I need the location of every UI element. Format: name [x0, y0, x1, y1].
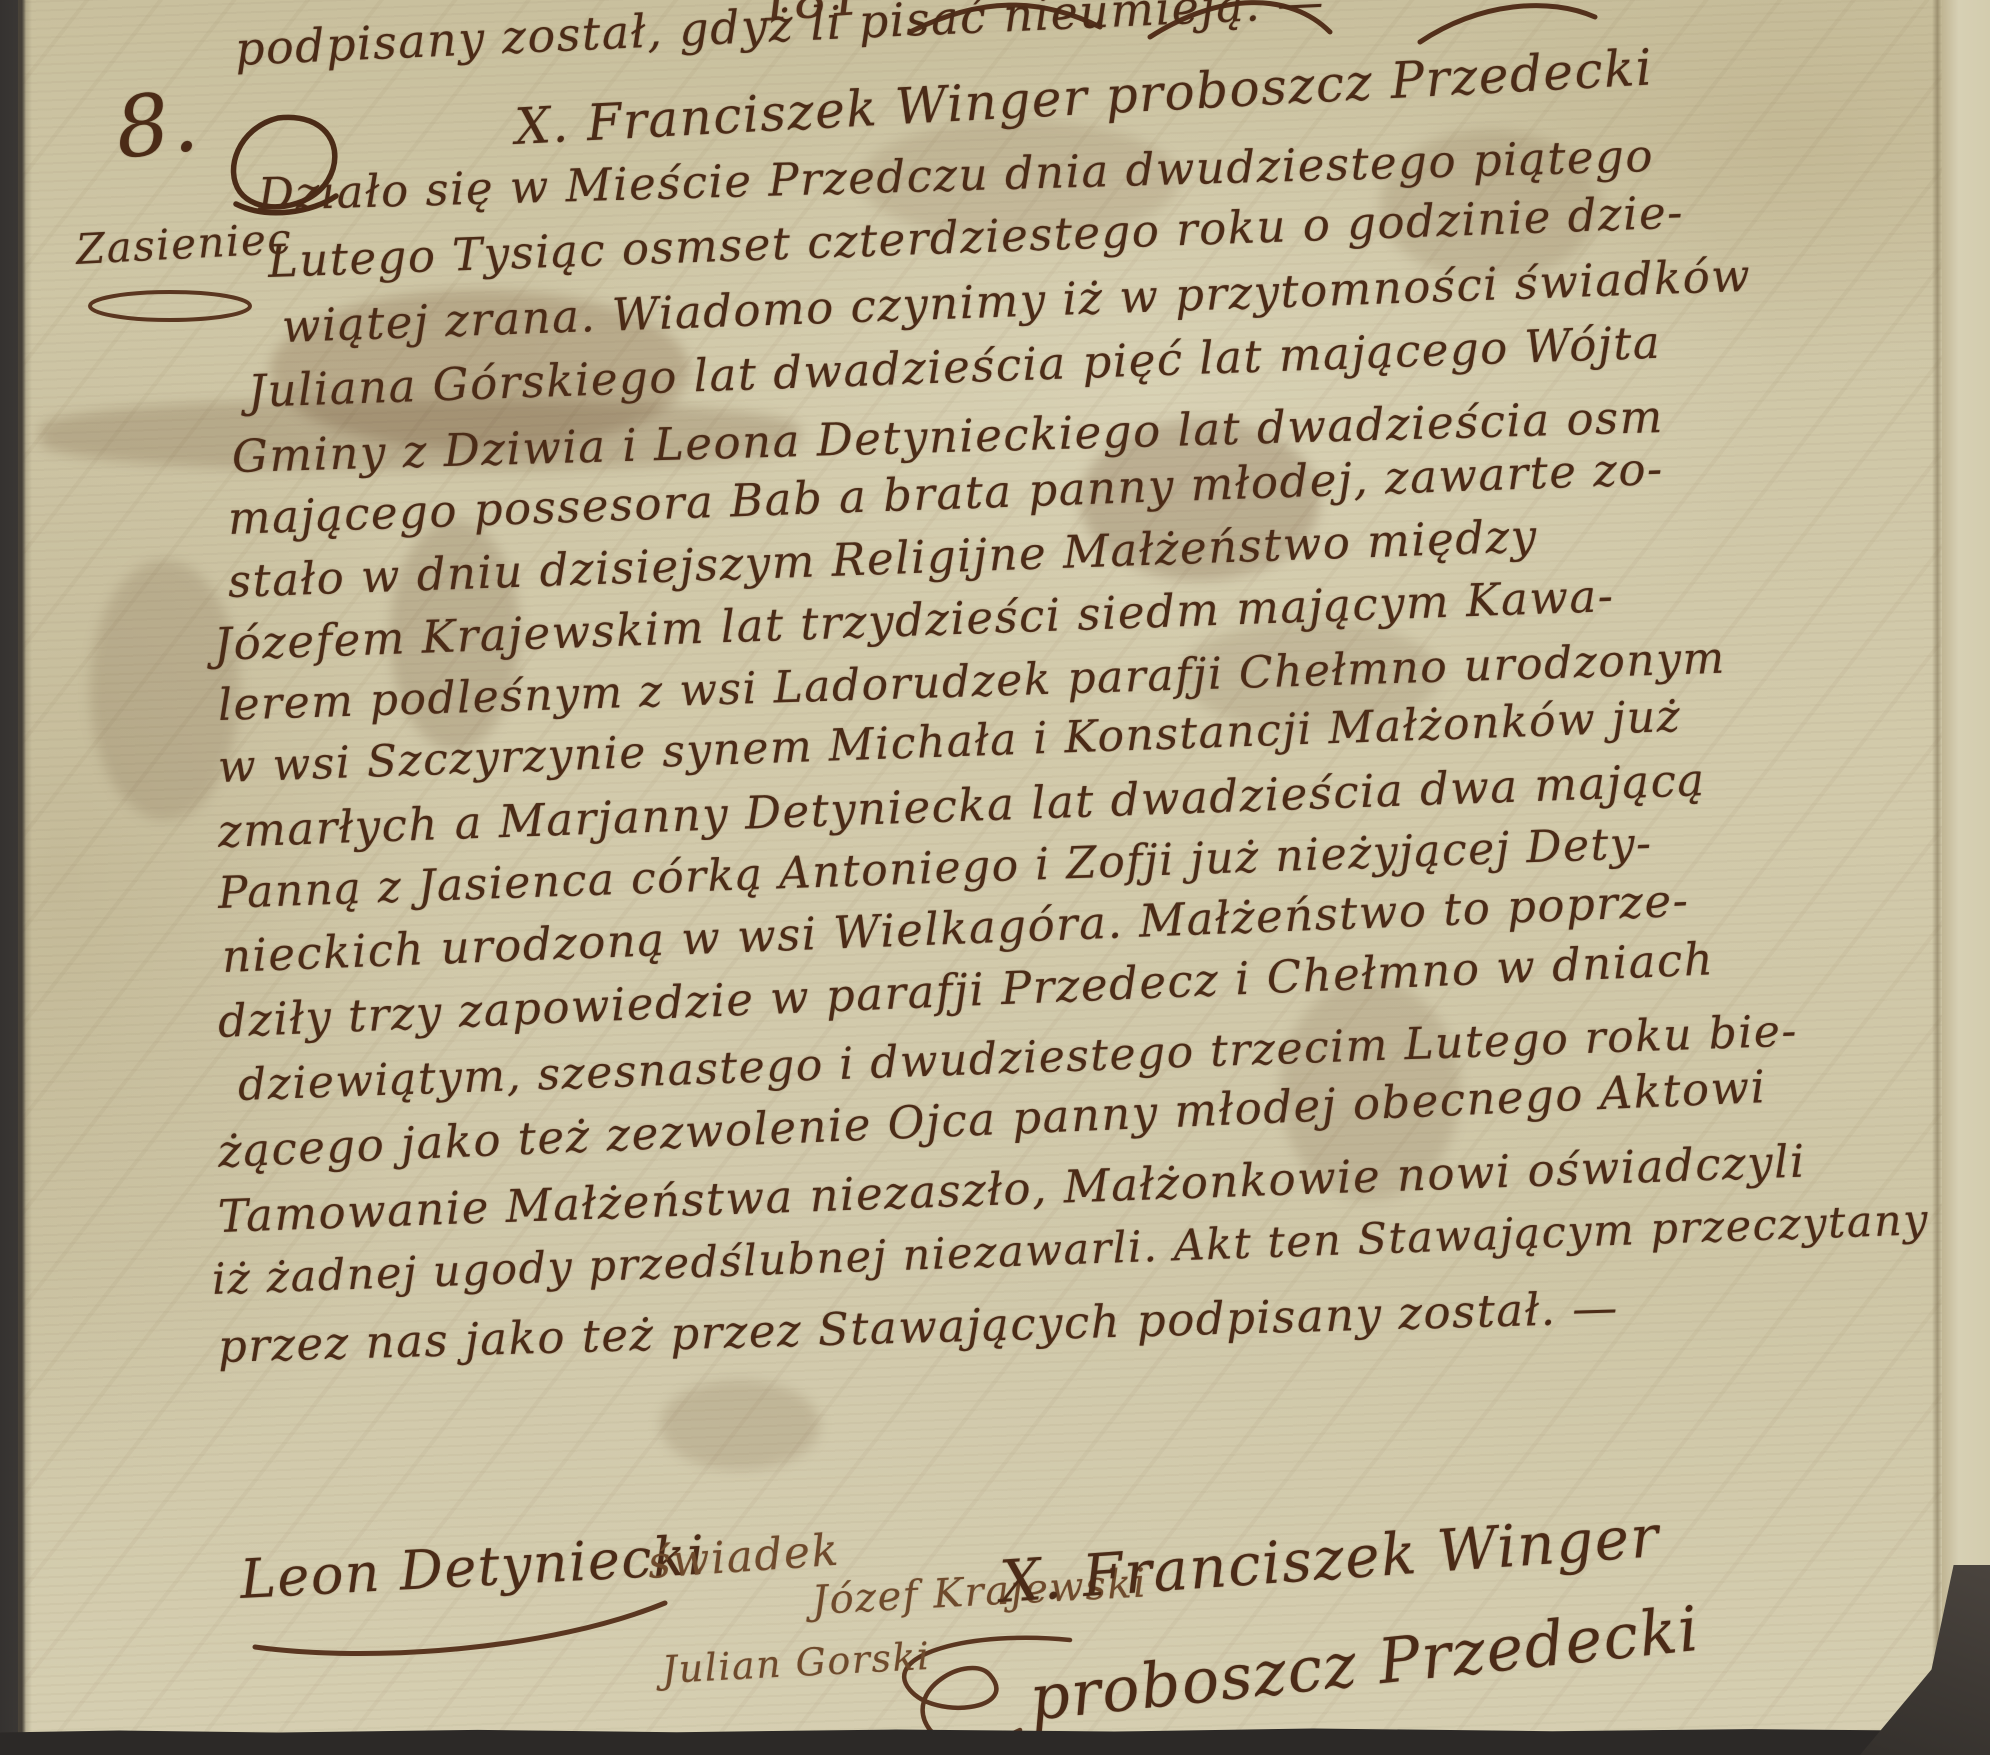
ink-smudge [660, 1380, 820, 1470]
adjacent-page-sliver [1942, 0, 1990, 1755]
scanned-register-page: 181 podpisany został, gdyż li pisać nieu… [0, 0, 1990, 1755]
scan-edge-left [0, 0, 26, 1755]
page-fold-seam [1932, 0, 1942, 1755]
margin-flourish [85, 286, 255, 326]
act-number: 8. [111, 72, 204, 178]
